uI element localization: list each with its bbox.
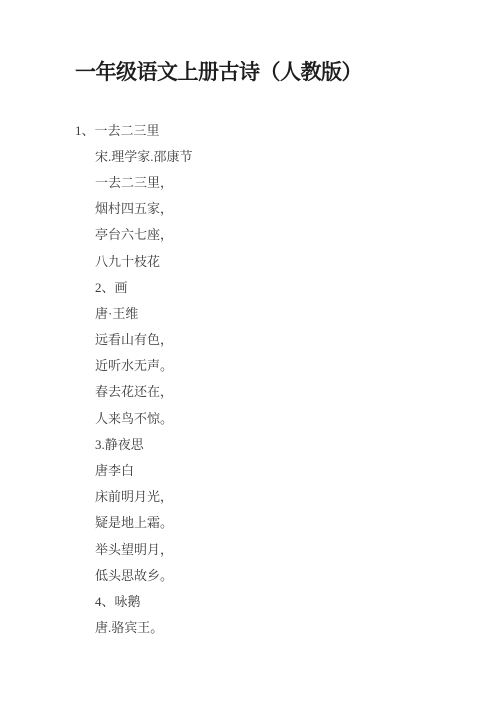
- poem-author: 唐.骆宾王。: [95, 614, 500, 640]
- poem-verse: 低头思故乡。: [95, 561, 500, 587]
- poem-verse: 疑是地上霜。: [95, 509, 500, 535]
- poem-verse: 一去二三里，: [95, 168, 500, 194]
- poem-verse: 近听水无声。: [95, 352, 500, 378]
- poem-verse: 床前明月光，: [95, 483, 500, 509]
- poem-author: 唐李白: [95, 456, 500, 482]
- section-heading: 1、一去二三里: [75, 116, 500, 142]
- document-body: 1、一去二三里 宋.理学家.邵康节 一去二三里， 烟村四五家， 亭台六七座， 八…: [0, 116, 500, 640]
- poem-verse: 亭台六七座，: [95, 221, 500, 247]
- poem-verse: 八九十枝花: [95, 247, 500, 273]
- poem-verse: 举头望明月，: [95, 535, 500, 561]
- section-heading: 4、咏鹅: [95, 587, 500, 613]
- section-heading: 2、画: [95, 273, 500, 299]
- section-heading: 3.静夜思: [95, 430, 500, 456]
- page-title: 一年级语文上册古诗（人教版）: [75, 56, 362, 86]
- poem-author: 宋.理学家.邵康节: [95, 142, 500, 168]
- poem-verse: 人来鸟不惊。: [95, 404, 500, 430]
- poem-verse: 远看山有色，: [95, 326, 500, 352]
- document-page: 一年级语文上册古诗（人教版） 1、一去二三里 宋.理学家.邵康节 一去二三里， …: [0, 0, 500, 708]
- poem-verse: 春去花还在，: [95, 378, 500, 404]
- poem-author: 唐·王维: [95, 299, 500, 325]
- poem-verse: 烟村四五家，: [95, 195, 500, 221]
